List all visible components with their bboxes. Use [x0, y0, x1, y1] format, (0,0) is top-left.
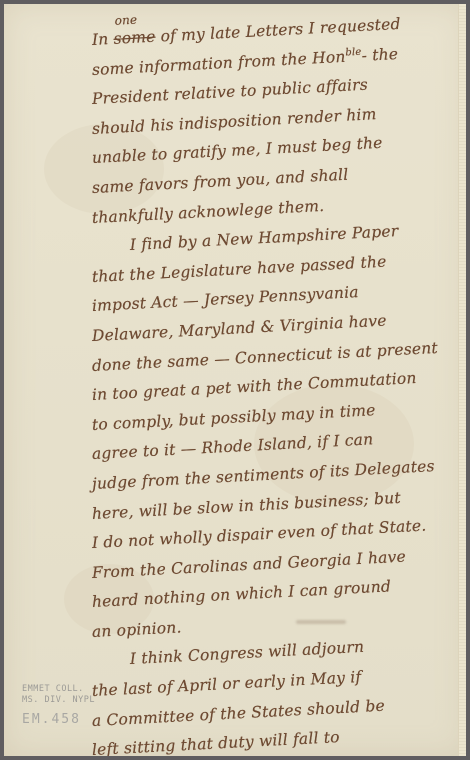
manuscript-page: In someone of my late Letters I requeste…	[4, 4, 466, 756]
stamp-collection: EMMET COLL.	[22, 684, 95, 695]
stamp-division: MS. DIV. NYPL	[22, 695, 95, 706]
inserted-word: one	[114, 14, 137, 27]
library-stamp: EMMET COLL. MS. DIV. NYPL EM.458	[22, 684, 95, 727]
scan-frame: In someone of my late Letters I requeste…	[0, 0, 470, 760]
handwritten-text: In someone of my late Letters I requeste…	[92, 26, 462, 756]
struck-word: some	[113, 28, 156, 48]
stamp-catalog-number: EM.458	[22, 712, 95, 727]
ink-smudge	[296, 620, 346, 624]
